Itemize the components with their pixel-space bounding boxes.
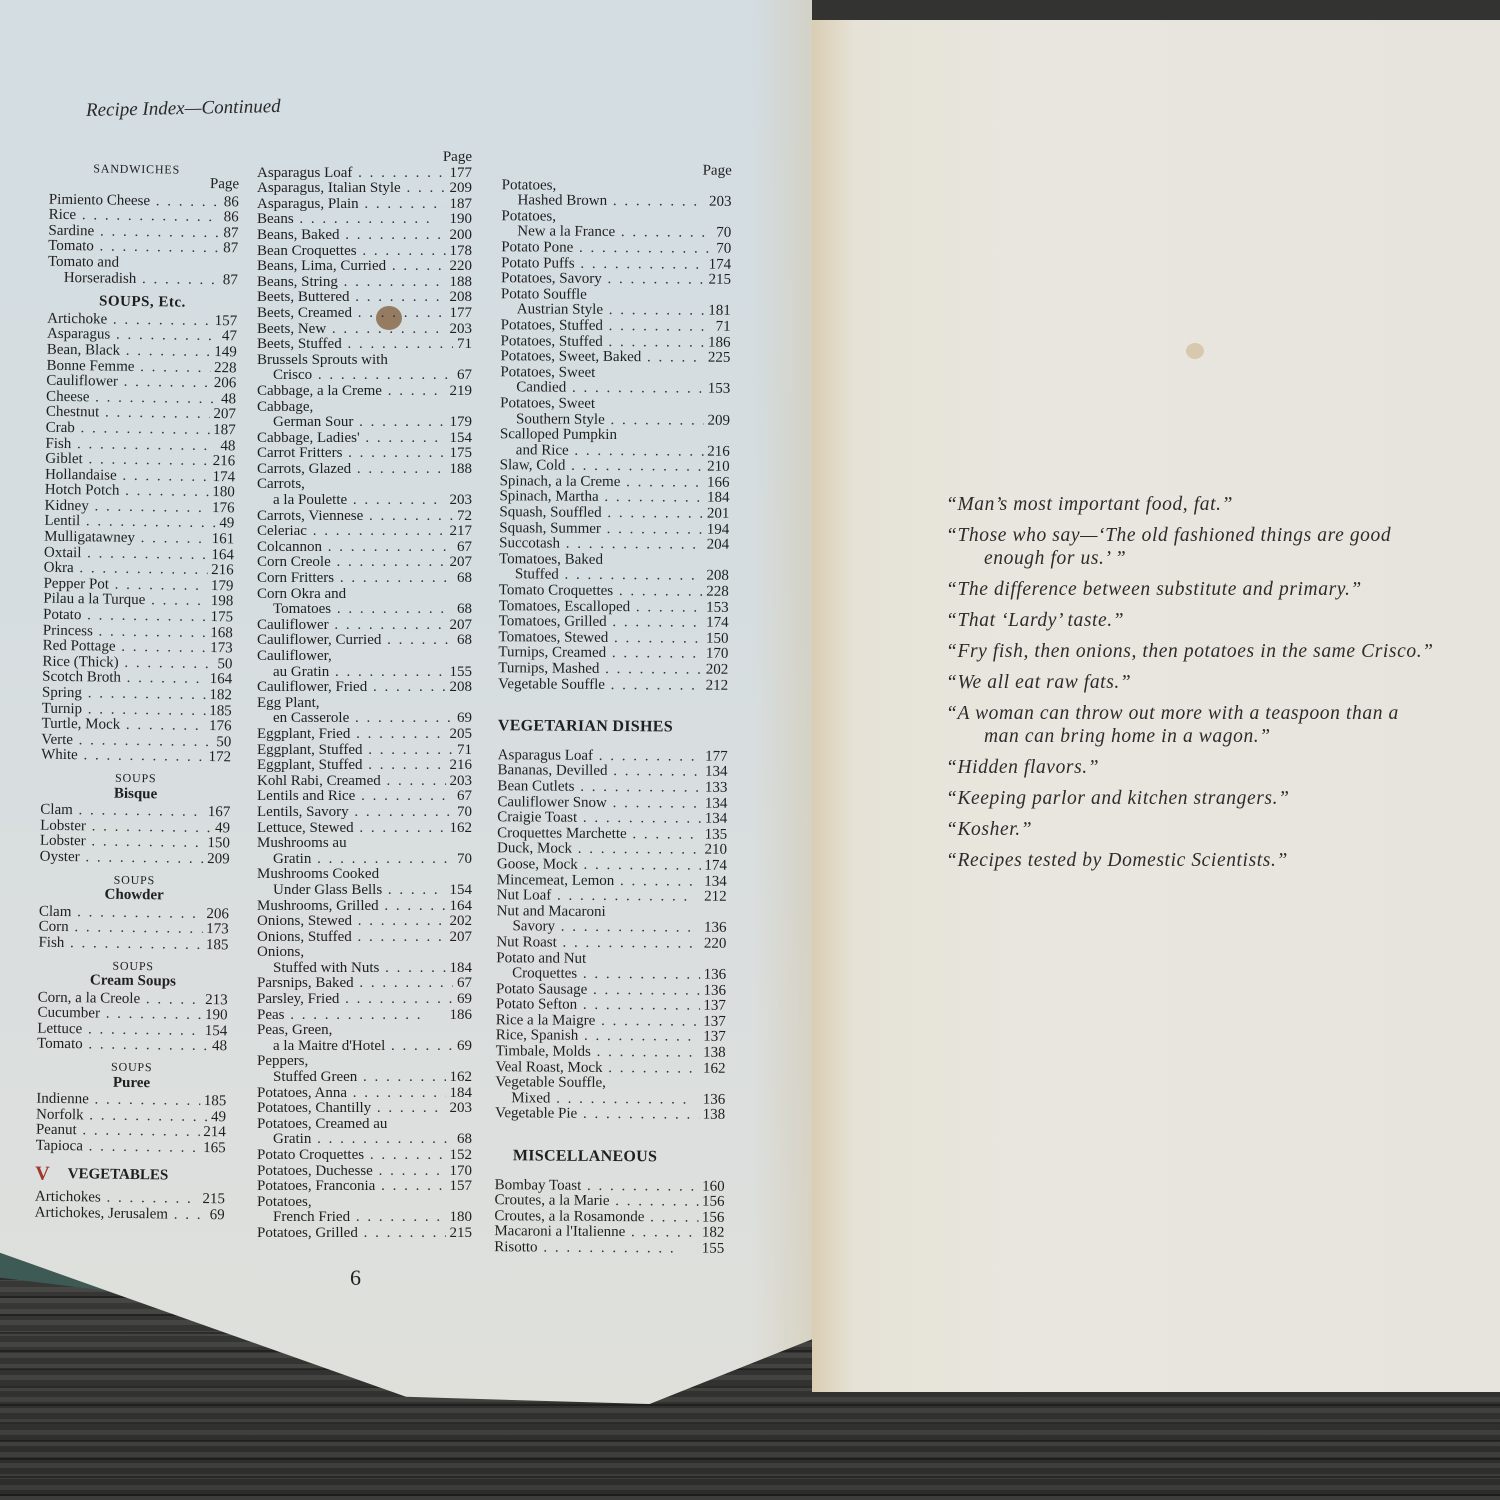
index-entry: Nut Loaf212 (497, 888, 727, 905)
index-entry-line: Cabbage, (257, 400, 472, 416)
entry-name: Vegetable Souffle (498, 677, 702, 694)
entry-page-number: 203 (446, 1101, 473, 1117)
entry-name: Beets, Stuffed (257, 337, 453, 353)
entry-page-number: 72 (453, 509, 472, 525)
entry-page-number: 155 (698, 1242, 725, 1258)
entry-name-continued: Stuffed Green (273, 1070, 446, 1086)
entry-name: Potato Souffle (501, 287, 587, 303)
entry-name: Potatoes, Chantilly (257, 1101, 446, 1117)
entry-page-number: 207 (446, 618, 473, 634)
index-entry: Parsnips, Baked67 (257, 976, 472, 992)
index-entry: Croutes, a la Marie156 (495, 1193, 725, 1210)
index-entry-line: Potatoes, (501, 209, 731, 226)
index-entry: Hashed Brown203 (501, 193, 731, 210)
index-entry: Beans, Lima, Curried220 (257, 259, 472, 275)
entry-page-number: 216 (446, 758, 473, 774)
entry-name: Craigie Toast (497, 810, 701, 827)
entry-page-number: 214 (199, 1125, 226, 1141)
entry-name: Onions, Stuffed (257, 930, 446, 946)
index-entry: Under Glass Bells154 (257, 883, 472, 899)
index-entry: Macaroni a l'Italienne182 (494, 1225, 724, 1242)
entry-name: Scalloped Pumpkin (500, 427, 617, 443)
index-entry: a la Poulette203 (257, 493, 472, 509)
entry-page-number: 179 (207, 579, 234, 595)
index-entry: Potatoes, Stuffed71 (501, 318, 731, 335)
entry-page-number: 68 (453, 571, 472, 587)
entry-name: Cauliflower, (257, 649, 332, 665)
entry-name: Vegetable Pie (495, 1107, 699, 1124)
index-entry-line: Scalloped Pumpkin (500, 427, 730, 444)
entry-page-number: 207 (209, 407, 236, 423)
entry-name: Carrots, Glazed (257, 462, 446, 478)
index-entry: Veal Roast, Mock162 (495, 1060, 725, 1077)
index-entry: Fish185 (38, 936, 228, 954)
quote-text: “Those who say—‘The old fashioned things… (946, 525, 1391, 546)
entry-name-continued: Under Glass Bells (273, 883, 446, 899)
entry-page-number: 205 (446, 727, 473, 743)
entry-page-number: 175 (446, 446, 473, 462)
index-entry: Potatoes, Stuffed186 (501, 334, 731, 351)
entry-page-number: 177 (701, 749, 728, 765)
index-entry: Peas186 (257, 1008, 472, 1024)
entry-page-number: 215 (704, 273, 731, 289)
entry-name: Parsley, Fried (257, 992, 453, 1008)
index-entry: Corn Creole207 (257, 555, 472, 571)
entry-name: Risotto (494, 1240, 675, 1257)
index-entry: Cauliflower, Curried68 (257, 633, 472, 649)
entry-page-number: 187 (209, 423, 236, 439)
entry-name: Colcannon (257, 540, 453, 556)
index-column-2: Page Asparagus Loaf177Asparagus, Italian… (257, 150, 472, 1242)
entry-name: Bananas, Devilled (498, 764, 702, 781)
entry-page-number: 70 (712, 242, 731, 258)
entry-name: Cauliflower, Curried (257, 633, 453, 649)
quote-item: “Recipes tested by Domestic Scientists.” (946, 849, 1500, 872)
entry-name: Lentils and Rice (257, 789, 453, 805)
entry-name: Veal Roast, Mock (495, 1060, 699, 1077)
index-entry: Beans, String188 (257, 275, 472, 291)
entry-name: Peas, Green, (257, 1023, 332, 1039)
index-entry: Potato Pone70 (501, 240, 731, 257)
index-entry: Carrots, Viennese72 (257, 509, 472, 525)
entry-page-number: 185 (200, 1094, 227, 1110)
entry-name: Potatoes, (501, 209, 556, 225)
entry-page-number: 177 (446, 306, 473, 322)
index-entry: Asparagus Loaf177 (498, 748, 728, 765)
entry-name: Peas (257, 1008, 423, 1024)
entry-name: Potato Sefton (496, 997, 700, 1014)
entry-name-continued: Croquettes (512, 966, 700, 983)
index-entry: a la Maitre d'Hotel69 (257, 1039, 472, 1055)
entry-name: Lentils, Savory (257, 805, 453, 821)
table-edge-top (812, 0, 1500, 22)
entry-name: Cauliflower, Fried (257, 680, 446, 696)
index-entry-line: Potato Souffle (501, 287, 731, 304)
quote-item: “The difference between substitute and p… (946, 578, 1500, 601)
entry-page-number: 186 (704, 335, 731, 351)
index-entry-line: Potatoes, Creamed au (257, 1117, 472, 1133)
entry-name: Potatoes, (257, 1195, 312, 1211)
vegetarian-list: Asparagus Loaf177Bananas, Devilled134Bea… (495, 748, 728, 1124)
index-entry: Potatoes, Chantilly203 (257, 1101, 472, 1117)
entry-page-number: 134 (701, 796, 728, 812)
entry-name-continued: Austrian Style (517, 303, 705, 320)
entry-page-number: 136 (700, 921, 727, 937)
entry-page-number: 209 (703, 413, 730, 429)
entry-name: Potatoes, Duchesse (257, 1164, 446, 1180)
entry-page-number: 153 (704, 382, 731, 398)
entry-page-number: 133 (701, 781, 728, 797)
index-entry: Celeriac217 (257, 524, 472, 540)
entry-page-number: 69 (453, 1039, 472, 1055)
entry-name-continued: Horseradish (64, 271, 219, 289)
index-entry: Potato Puffs174 (501, 256, 731, 273)
entry-page-number: 136 (699, 983, 726, 999)
entry-page-number: 203 (446, 322, 473, 338)
puree-list: Indienne185Norfolk49Peanut214Tapioca165 (36, 1092, 227, 1157)
index-entry: Asparagus, Plain187 (257, 197, 472, 213)
entry-name: Beets, Buttered (257, 290, 446, 306)
entry-name: Eggplant, Fried (257, 727, 446, 743)
entry-page-number: 172 (204, 750, 231, 766)
entry-page-number: 188 (446, 462, 473, 478)
entry-name: Rice a la Maigre (496, 1013, 700, 1030)
vegetables-cont-list: Potatoes,Hashed Brown203Potatoes,New a l… (498, 178, 732, 694)
entry-page-number: 69 (453, 992, 472, 1008)
index-entry: Candied153 (500, 381, 730, 398)
entry-name: Asparagus Loaf (257, 166, 446, 182)
entry-page-number: 210 (700, 843, 727, 859)
entry-name-continued: Hashed Brown (517, 194, 705, 211)
entry-page-number: 70 (453, 805, 472, 821)
entry-name: Beets, Creamed (257, 306, 446, 322)
entry-page-number: 170 (702, 647, 729, 663)
entry-page-number: 135 (701, 827, 728, 843)
entry-page-number: 49 (215, 517, 234, 533)
entry-page-number: 190 (446, 212, 473, 228)
index-entry: Southern Style209 (500, 412, 730, 429)
section-heading-chowder: Chowder (39, 887, 229, 905)
entry-name: Carrots, Viennese (257, 509, 453, 525)
entry-name: Onions, (257, 945, 304, 961)
entry-name: Potatoes, (502, 178, 557, 194)
entry-name-continued: Southern Style (516, 412, 704, 429)
entry-page-number: 154 (446, 431, 473, 447)
index-entry: Savory136 (496, 920, 726, 937)
entry-page-number: 174 (702, 616, 729, 632)
quote-item: “Those who say—‘The old fashioned things… (946, 524, 1500, 570)
cream-soups-list: Corn, a la Creole213Cucumber190Lettuce15… (37, 990, 228, 1055)
section-heading-sandwiches: SANDWICHES (49, 161, 180, 178)
entry-name: Potatoes, Grilled (257, 1226, 446, 1242)
entry-page-number: 185 (205, 704, 232, 720)
index-entry: Potato Sefton137 (496, 997, 726, 1014)
page-column-label: Page (502, 162, 732, 179)
entry-name: Brussels Sprouts with (257, 353, 388, 369)
index-entry: Onions, Stewed202 (257, 914, 472, 930)
entry-page-number: 155 (446, 665, 473, 681)
index-entry: Mincemeat, Lemon134 (497, 873, 727, 890)
entry-page-number: 208 (446, 680, 473, 696)
entry-name: Vegetable Souffle, (495, 1075, 606, 1091)
entry-name: Beans, String (257, 275, 446, 291)
entry-name: Turnips, Mashed (498, 661, 702, 678)
index-entry: Eggplant, Fried205 (257, 727, 472, 743)
entry-name: Mincemeat, Lemon (497, 873, 701, 890)
index-entry-line: Potatoes, Sweet (500, 396, 730, 413)
entry-page-number: 186 (446, 1008, 473, 1024)
entry-name: Tomatoes, Escalloped (499, 599, 703, 616)
entry-name: Bean Croquettes (257, 244, 446, 260)
entry-page-number: 220 (446, 259, 473, 275)
entry-page-number: 157 (211, 314, 238, 330)
page-number: 6 (350, 1265, 361, 1291)
index-entry: Spinach, Martha184 (499, 490, 729, 507)
index-entry: Cabbage, a la Creme219 (257, 384, 472, 400)
index-entry: Tomatoes, Grilled174 (499, 614, 729, 631)
index-entry: Succotash204 (499, 536, 729, 553)
index-entry-line: Vegetable Souffle, (495, 1075, 725, 1092)
entry-page-number: 164 (207, 548, 234, 564)
entry-page-number: 157 (446, 1179, 473, 1195)
index-entry: Beans190 (257, 212, 472, 228)
index-entry: Risotto155 (494, 1240, 724, 1257)
entry-name: Potatoes, Creamed au (257, 1117, 387, 1133)
index-column-3: Page Potatoes,Hashed Brown203Potatoes,Ne… (494, 162, 732, 1257)
quote-item: “We all eat raw fats.” (946, 671, 1500, 694)
index-entry-line: Peppers, (257, 1054, 472, 1070)
entry-page-number: 69 (453, 711, 472, 727)
entry-page-number: 156 (698, 1195, 725, 1211)
index-entry: Vegetable Souffle212 (498, 677, 728, 694)
entry-name: Potatoes, Anna (257, 1086, 446, 1102)
entry-page-number: 203 (446, 493, 473, 509)
entry-page-number: 134 (701, 765, 728, 781)
entry-page-number: 137 (699, 1030, 726, 1046)
entry-name-continued: Savory (512, 920, 693, 937)
entry-name: Slaw, Cold (500, 458, 704, 475)
entry-name: Potato Puffs (501, 256, 705, 273)
entry-page-number: 216 (209, 454, 236, 470)
entry-name: Squash, Souffled (499, 505, 703, 522)
index-entry-line: Potatoes, (257, 1195, 472, 1211)
index-entry: Rice, Spanish137 (496, 1029, 726, 1046)
quote-text: “Kosher.” (946, 819, 1032, 840)
entry-page-number: 86 (220, 195, 239, 211)
entry-name: Fish (38, 936, 202, 954)
index-entry: Gratin68 (257, 1132, 472, 1148)
index-entry: Lentils and Rice67 (257, 789, 472, 805)
entry-page-number: 184 (446, 1086, 473, 1102)
entry-page-number: 187 (446, 197, 473, 213)
index-entry: au Gratin155 (257, 665, 472, 681)
page-column-label: Page (210, 177, 239, 193)
entry-page-number: 209 (203, 852, 230, 868)
index-entry: Bombay Toast160 (495, 1178, 725, 1195)
page-stain (1186, 343, 1204, 359)
quote-text-continued: enough for us.’ ” (946, 547, 1500, 570)
index-entry: Gratin70 (257, 852, 472, 868)
entry-name: Tomato (37, 1037, 208, 1055)
quote-item: “Fry fish, then onions, then potatoes in… (946, 640, 1500, 663)
index-entry: Cauliflower Snow134 (497, 795, 727, 812)
entry-page-number: 136 (700, 968, 727, 984)
entry-name: Onions, Stewed (257, 914, 446, 930)
quote-text: “Keeping parlor and kitchen strangers.” (946, 788, 1290, 809)
entry-name: Potatoes, Savory (501, 271, 705, 288)
index-entry-line: Nut and Macaroni (497, 904, 727, 921)
entry-page-number: 86 (220, 210, 239, 226)
entry-page-number: 212 (702, 678, 729, 694)
index-entry: Croquettes Marchette135 (497, 826, 727, 843)
entry-name: Succotash (499, 536, 698, 553)
entry-page-number: 152 (446, 1148, 473, 1164)
entry-page-number: 137 (699, 999, 726, 1015)
index-entry: Colcannon67 (257, 540, 472, 556)
entry-name-continued: au Gratin (273, 665, 446, 681)
soups-list: Artichoke157Asparagus47Bean, Black149Bon… (41, 311, 237, 766)
entry-page-number: 137 (699, 1014, 726, 1030)
entry-page-number: 168 (206, 626, 233, 642)
entry-page-number: 165 (199, 1141, 226, 1157)
entry-name-continued: Gratin (273, 1132, 449, 1148)
entry-name: Cauliflower (257, 618, 446, 634)
entry-page-number: 181 (704, 304, 731, 320)
index-entry: Tomatoes, Escalloped153 (499, 599, 729, 616)
index-entry: Kohl Rabi, Creamed203 (257, 774, 472, 790)
quote-item: “Man’s most important food, fat.” (946, 493, 1500, 516)
entry-name-continued: en Casserole (273, 711, 453, 727)
entry-name: Oyster (40, 850, 204, 868)
entry-page-number: 209 (446, 181, 473, 197)
entry-page-number: 160 (698, 1179, 725, 1195)
entry-page-number: 216 (207, 563, 234, 579)
entry-page-number: 166 (703, 475, 730, 491)
index-entry: Parsley, Fried69 (257, 992, 472, 1008)
entry-name: Celeriac (257, 524, 445, 540)
index-entry: Tapioca165 (36, 1139, 226, 1157)
entry-name-continued: a la Poulette (273, 493, 446, 509)
index-entry: Potato Croquettes152 (257, 1148, 472, 1164)
entry-name: Parsnips, Baked (257, 976, 453, 992)
index-entry: Vegetable Pie138 (495, 1107, 725, 1124)
index-entry: New a la France70 (501, 225, 731, 242)
entry-page-number: 67 (453, 368, 472, 384)
entry-name: Peppers, (257, 1054, 308, 1070)
entry-page-number: 162 (699, 1061, 726, 1077)
index-entry: Beans, Baked200 (257, 228, 472, 244)
entry-page-number: 70 (712, 226, 731, 242)
entry-page-number: 194 (703, 522, 730, 538)
index-entry-line: Carrots, (257, 477, 472, 493)
index-entry: Craigie Toast134 (497, 810, 727, 827)
entry-page-number: 49 (207, 1110, 226, 1126)
entry-name: Potato Croquettes (257, 1148, 446, 1164)
entry-name: Corn Fritters (257, 571, 453, 587)
entry-page-number: 177 (446, 166, 473, 182)
entry-name-continued: Stuffed (515, 568, 697, 585)
entry-page-number: 156 (698, 1210, 725, 1226)
entry-name: Tapioca (36, 1139, 200, 1157)
entry-name: Tomatoes, Grilled (499, 614, 703, 631)
index-entry: Rice a la Maigre137 (496, 1013, 726, 1030)
entry-page-number: 150 (203, 836, 230, 852)
sandwiches-list: Pimiento Cheese86Rice86Sardine87Tomato87… (48, 192, 239, 288)
entry-name-continued: Stuffed with Nuts (273, 961, 446, 977)
entry-page-number: 174 (208, 470, 235, 486)
index-entry: Turnips, Mashed202 (498, 661, 728, 678)
entry-page-number: 215 (446, 1226, 473, 1242)
entry-page-number: 173 (202, 922, 229, 938)
entry-name: Potatoes, Sweet (500, 396, 595, 412)
entry-page-number: 202 (446, 914, 473, 930)
entry-name: Beans (257, 212, 432, 228)
entry-page-number: 174 (700, 859, 727, 875)
entry-name: Cauliflower Snow (497, 795, 701, 812)
entry-page-number: 162 (446, 821, 473, 837)
entry-page-number: 167 (204, 805, 231, 821)
index-entry: Carrot Fritters175 (257, 446, 472, 462)
entry-name: Asparagus, Plain (257, 197, 446, 213)
index-entry: Beets, Stuffed71 (257, 337, 472, 353)
index-entry: Spinach, a la Creme166 (500, 474, 730, 491)
quote-text-continued: man can bring home in a wagon.” (946, 725, 1500, 748)
index-entry: Slaw, Cold210 (500, 458, 730, 475)
entry-page-number: 176 (208, 501, 235, 517)
entry-page-number: 184 (446, 961, 473, 977)
entry-name: Mushrooms Cooked (257, 867, 379, 883)
entry-page-number: 206 (202, 907, 229, 923)
entry-page-number: 153 (702, 600, 729, 616)
index-entry: Potatoes, Grilled215 (257, 1226, 472, 1242)
entry-page-number: 185 (202, 938, 229, 954)
index-entry: Corn Fritters68 (257, 571, 472, 587)
entry-name-continued: German Sour (273, 415, 446, 431)
entry-page-number: 50 (212, 735, 231, 751)
entry-name: Corn Creole (257, 555, 446, 571)
index-entry: Beets, Buttered208 (257, 290, 472, 306)
index-entry: Horseradish87 (48, 270, 238, 288)
quote-item: “Keeping parlor and kitchen strangers.” (946, 787, 1500, 810)
entry-name: White (41, 748, 205, 766)
entry-page-number: 179 (446, 415, 473, 431)
entry-page-number: 204 (703, 538, 730, 554)
bisque-list: Clam167Lobster49Lobster150Oyster209 (40, 803, 231, 868)
entry-page-number: 217 (446, 524, 473, 540)
entry-page-number: 200 (446, 228, 473, 244)
entry-name: Potato Sausage (496, 982, 700, 999)
entry-name-continued: New a la France (517, 225, 712, 242)
left-page-recipe-index: Recipe Index—Continued SANDWICHES Page P… (0, 0, 812, 1440)
entry-page-number: 178 (446, 244, 473, 260)
entry-name-continued: Gratin (273, 852, 449, 868)
index-entry: Duck, Mock210 (497, 842, 727, 859)
index-entry: Tomatoes, Stewed150 (498, 630, 728, 647)
entry-name: Duck, Mock (497, 842, 701, 859)
entry-page-number: 68 (453, 602, 472, 618)
entry-name: Nut Roast (496, 935, 695, 952)
vegetables-start-list: Artichokes215Artichokes, Jerusalem69 (35, 1190, 225, 1224)
index-entry: Turnips, Creamed170 (498, 646, 728, 663)
entry-page-number: 154 (446, 883, 473, 899)
entry-page-number: 190 (201, 1008, 228, 1024)
entry-page-number: 184 (703, 491, 730, 507)
index-entry: Stuffed with Nuts184 (257, 961, 472, 977)
index-entry: Austrian Style181 (501, 303, 731, 320)
index-entry: Artichokes, Jerusalem69 (35, 1205, 225, 1223)
index-entry: Tomato48 (37, 1037, 227, 1055)
entry-page-number: 161 (208, 532, 235, 548)
